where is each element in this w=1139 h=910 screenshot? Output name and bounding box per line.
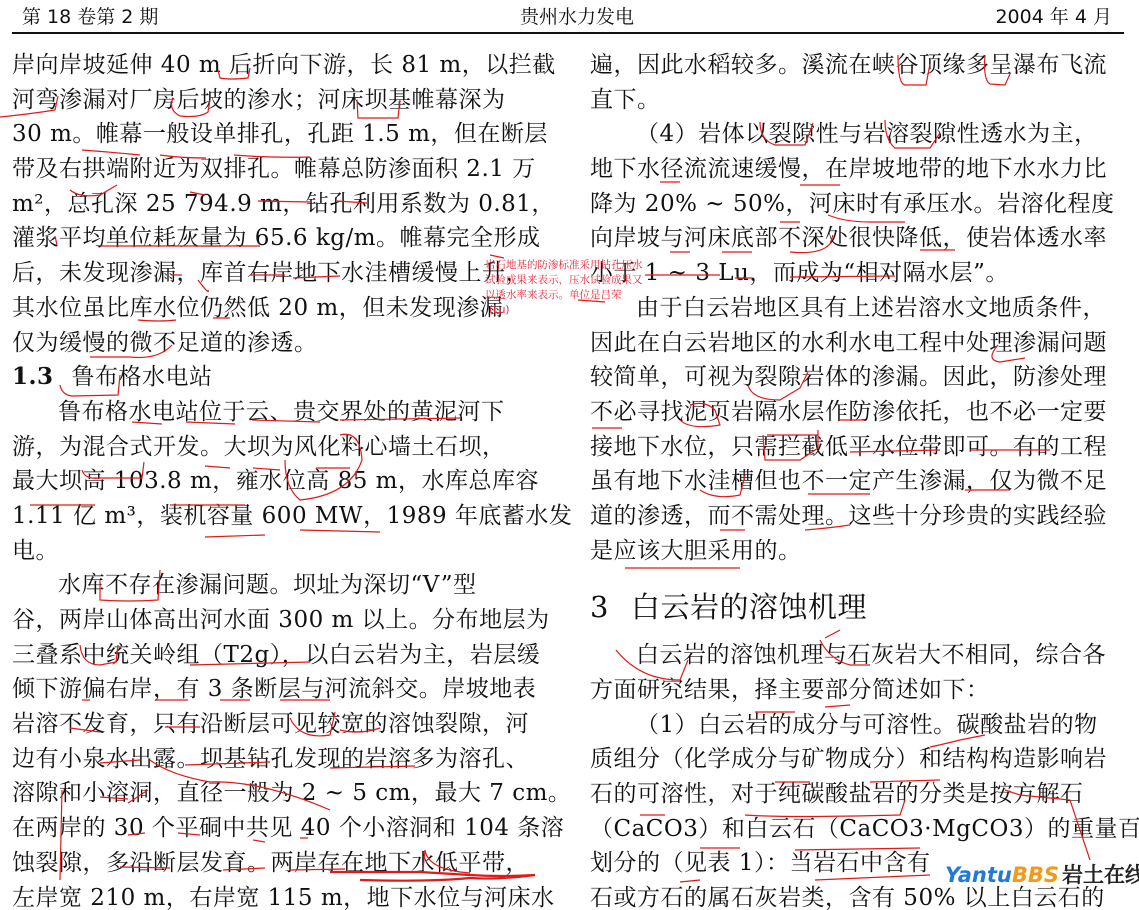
text-line: 地下水径流流速缓慢，在岸坡地带的地下水水力比: [590, 152, 1120, 187]
watermark-cn: 岩土在线: [1062, 863, 1139, 887]
text-line: 最大坝高 103.8 m，雍水位高 85 m，水库总库容: [12, 464, 552, 499]
section-heading-3: 3白云岩的溶蚀机理: [590, 580, 1120, 634]
text-line: 石的可溶性，对于纯碳酸盐岩的分类是按方解石: [590, 777, 1120, 812]
text-line: 岩溶不发育，只有沿断层可见较宽的溶蚀裂隙，河: [12, 707, 552, 742]
annotation-line: 岩石地基的防渗标准采用钻孔压水: [485, 258, 655, 273]
section-title: 鲁布格水电站: [72, 364, 213, 390]
page-header: 第 18 卷第 2 期 贵州水力发电 2004 年 4 月: [12, 0, 1124, 34]
annotation-line: 试验成果来表示，压水试验成果又: [485, 273, 655, 288]
text-line: 道的渗透，而不需处理。这些十分珍贵的实践经验: [590, 499, 1120, 534]
watermark-yantu: Yantu: [945, 863, 1012, 887]
left-column: 岸向岸坡延伸 40 m 后折向下游，长 81 m，以拦截 河弯渗漏对厂房后坡的渗…: [12, 48, 552, 910]
issue-date: 2004 年 4 月: [995, 0, 1112, 34]
section-number: 3: [590, 590, 609, 624]
text-line: 三叠系中统关岭组（T2g），以白云岩为主，岩层缓: [12, 638, 552, 673]
text-line: 仅为缓慢的微不足道的渗透。: [12, 326, 552, 361]
text-line: 不必寻找泥页岩隔水层作防渗依托，也不必一定要: [590, 395, 1120, 430]
journal-title: 贵州水力发电: [520, 0, 634, 34]
section-number: 1.3: [12, 363, 54, 390]
text-line: 电。: [12, 534, 552, 569]
text-line: 1.11 亿 m³，装机容量 600 MW，1989 年底蓄水发: [12, 499, 552, 534]
text-line: 方面研究结果，择主要部分简述如下：: [590, 673, 1120, 708]
text-line: 后，未发现渗漏，库首右岸地下水洼槽缓慢上升，: [12, 256, 552, 291]
text-line: 质组分（化学成分与矿物成分）和结构构造影响岩: [590, 742, 1120, 777]
text-line: 遍，因此水稻较多。溪流在峡谷顶缘多呈瀑布飞流: [590, 48, 1120, 83]
text-line: 游，为混合式开发。大坝为风化料心墙土石坝，: [12, 430, 552, 465]
text-line: 蚀裂隙，多沿断层发育。两岸存在地下水低平带，: [12, 846, 552, 881]
text-line: （4）岩体以裂隙性与岩溶裂隙性透水为主，: [590, 117, 1120, 152]
text-line: 虽有地下水洼槽但也不一定产生渗漏，仅为微不足: [590, 464, 1120, 499]
annotation-line: (Lu): [485, 303, 655, 318]
section-title: 白云岩的溶蚀机理: [631, 590, 867, 624]
text-line: 30 m。帷幕一般设单排孔，孔距 1.5 m，但在断层: [12, 117, 552, 152]
text-line: 较简单，可视为裂隙岩体的渗漏。因此，防渗处理: [590, 360, 1120, 395]
text-line: 在两岸的 30 个平硐中共见 40 个小溶洞和 104 条溶: [12, 811, 552, 846]
journal-volume: 第 18 卷第 2 期: [22, 0, 158, 34]
text-line: （1）白云岩的成分与可溶性。碳酸盐岩的物: [590, 708, 1120, 743]
text-line: 带及右拱端附近为双排孔。帷幕总防渗面积 2.1 万: [12, 152, 552, 187]
annotation-line: 以透水率来表示。单位是吕荣: [485, 288, 655, 303]
text-line: 鲁布格水电站位于云、贵交界处的黄泥河下: [12, 395, 552, 430]
text-line: 倾下游偏右岸，有 3 条断层与河流斜交。岸坡地表: [12, 672, 552, 707]
text-line: 直下。: [590, 83, 1120, 118]
text-line: 水库不存在渗漏问题。坝址为深切“V”型: [12, 568, 552, 603]
section-heading-1-3: 1.3鲁布格水电站: [12, 360, 552, 395]
text-line: m²，总孔深 25 794.9 m，钻孔利用系数为 0.81，: [12, 187, 552, 222]
text-line: 是应该大胆采用的。: [590, 534, 1120, 569]
text-line: 灌浆平均单位耗灰量为 65.6 kg/m。帷幕完全形成: [12, 221, 552, 256]
text-line: 向岸坡与河床底部不深处很快降低，使岩体透水率: [590, 221, 1120, 256]
text-line: 其水位虽比库水位仍然低 20 m，但未发现渗漏: [12, 291, 552, 326]
text-line: 溶隙和小溶洞，直径一般为 2 ~ 5 cm，最大 7 cm。: [12, 776, 552, 811]
text-line: 边有小泉水出露。坝基钻孔发现的岩溶多为溶孔、: [12, 742, 552, 777]
text-line: 谷，两岸山体高出河水面 300 m 以上。分布地层为: [12, 603, 552, 638]
text-line: （CaCO3）和白云石（CaCO3·MgCO3）的重量百分比: [590, 812, 1120, 847]
text-line: 接地下水位，只需拦截低平水位带即可。有的工程: [590, 430, 1120, 465]
text-line: 左岸宽 210 m，右岸宽 115 m，地下水位与河床水: [12, 881, 552, 910]
text-line: 岸向岸坡延伸 40 m 后折向下游，长 81 m，以拦截: [12, 48, 552, 83]
text-line: 降为 20% ~ 50%，河床时有承压水。岩溶化程度: [590, 187, 1120, 222]
text-line: 白云岩的溶蚀机理与石灰岩大不相同，综合各: [590, 638, 1120, 673]
text-line: 因此在白云岩地区的水利水电工程中处理渗漏问题: [590, 326, 1120, 361]
text-line: 河弯渗漏对厂房后坡的渗水；河床坝基帷幕深为: [12, 83, 552, 118]
watermark-bbs: BBS: [1012, 863, 1059, 887]
right-column: 遍，因此水稻较多。溪流在峡谷顶缘多呈瀑布飞流 直下。 （4）岩体以裂隙性与岩溶裂…: [590, 48, 1120, 910]
yantu-bbs-watermark: YantuBBS岩土在线: [945, 860, 1139, 890]
text-line: 由于白云岩地区具有上述岩溶水文地质条件，: [590, 291, 1120, 326]
margin-annotation: 岩石地基的防渗标准采用钻孔压水 试验成果来表示，压水试验成果又 以透水率来表示。…: [485, 258, 655, 318]
text-line: 小于 1 ~ 3 Lu，而成为“相对隔水层”。: [590, 256, 1120, 291]
